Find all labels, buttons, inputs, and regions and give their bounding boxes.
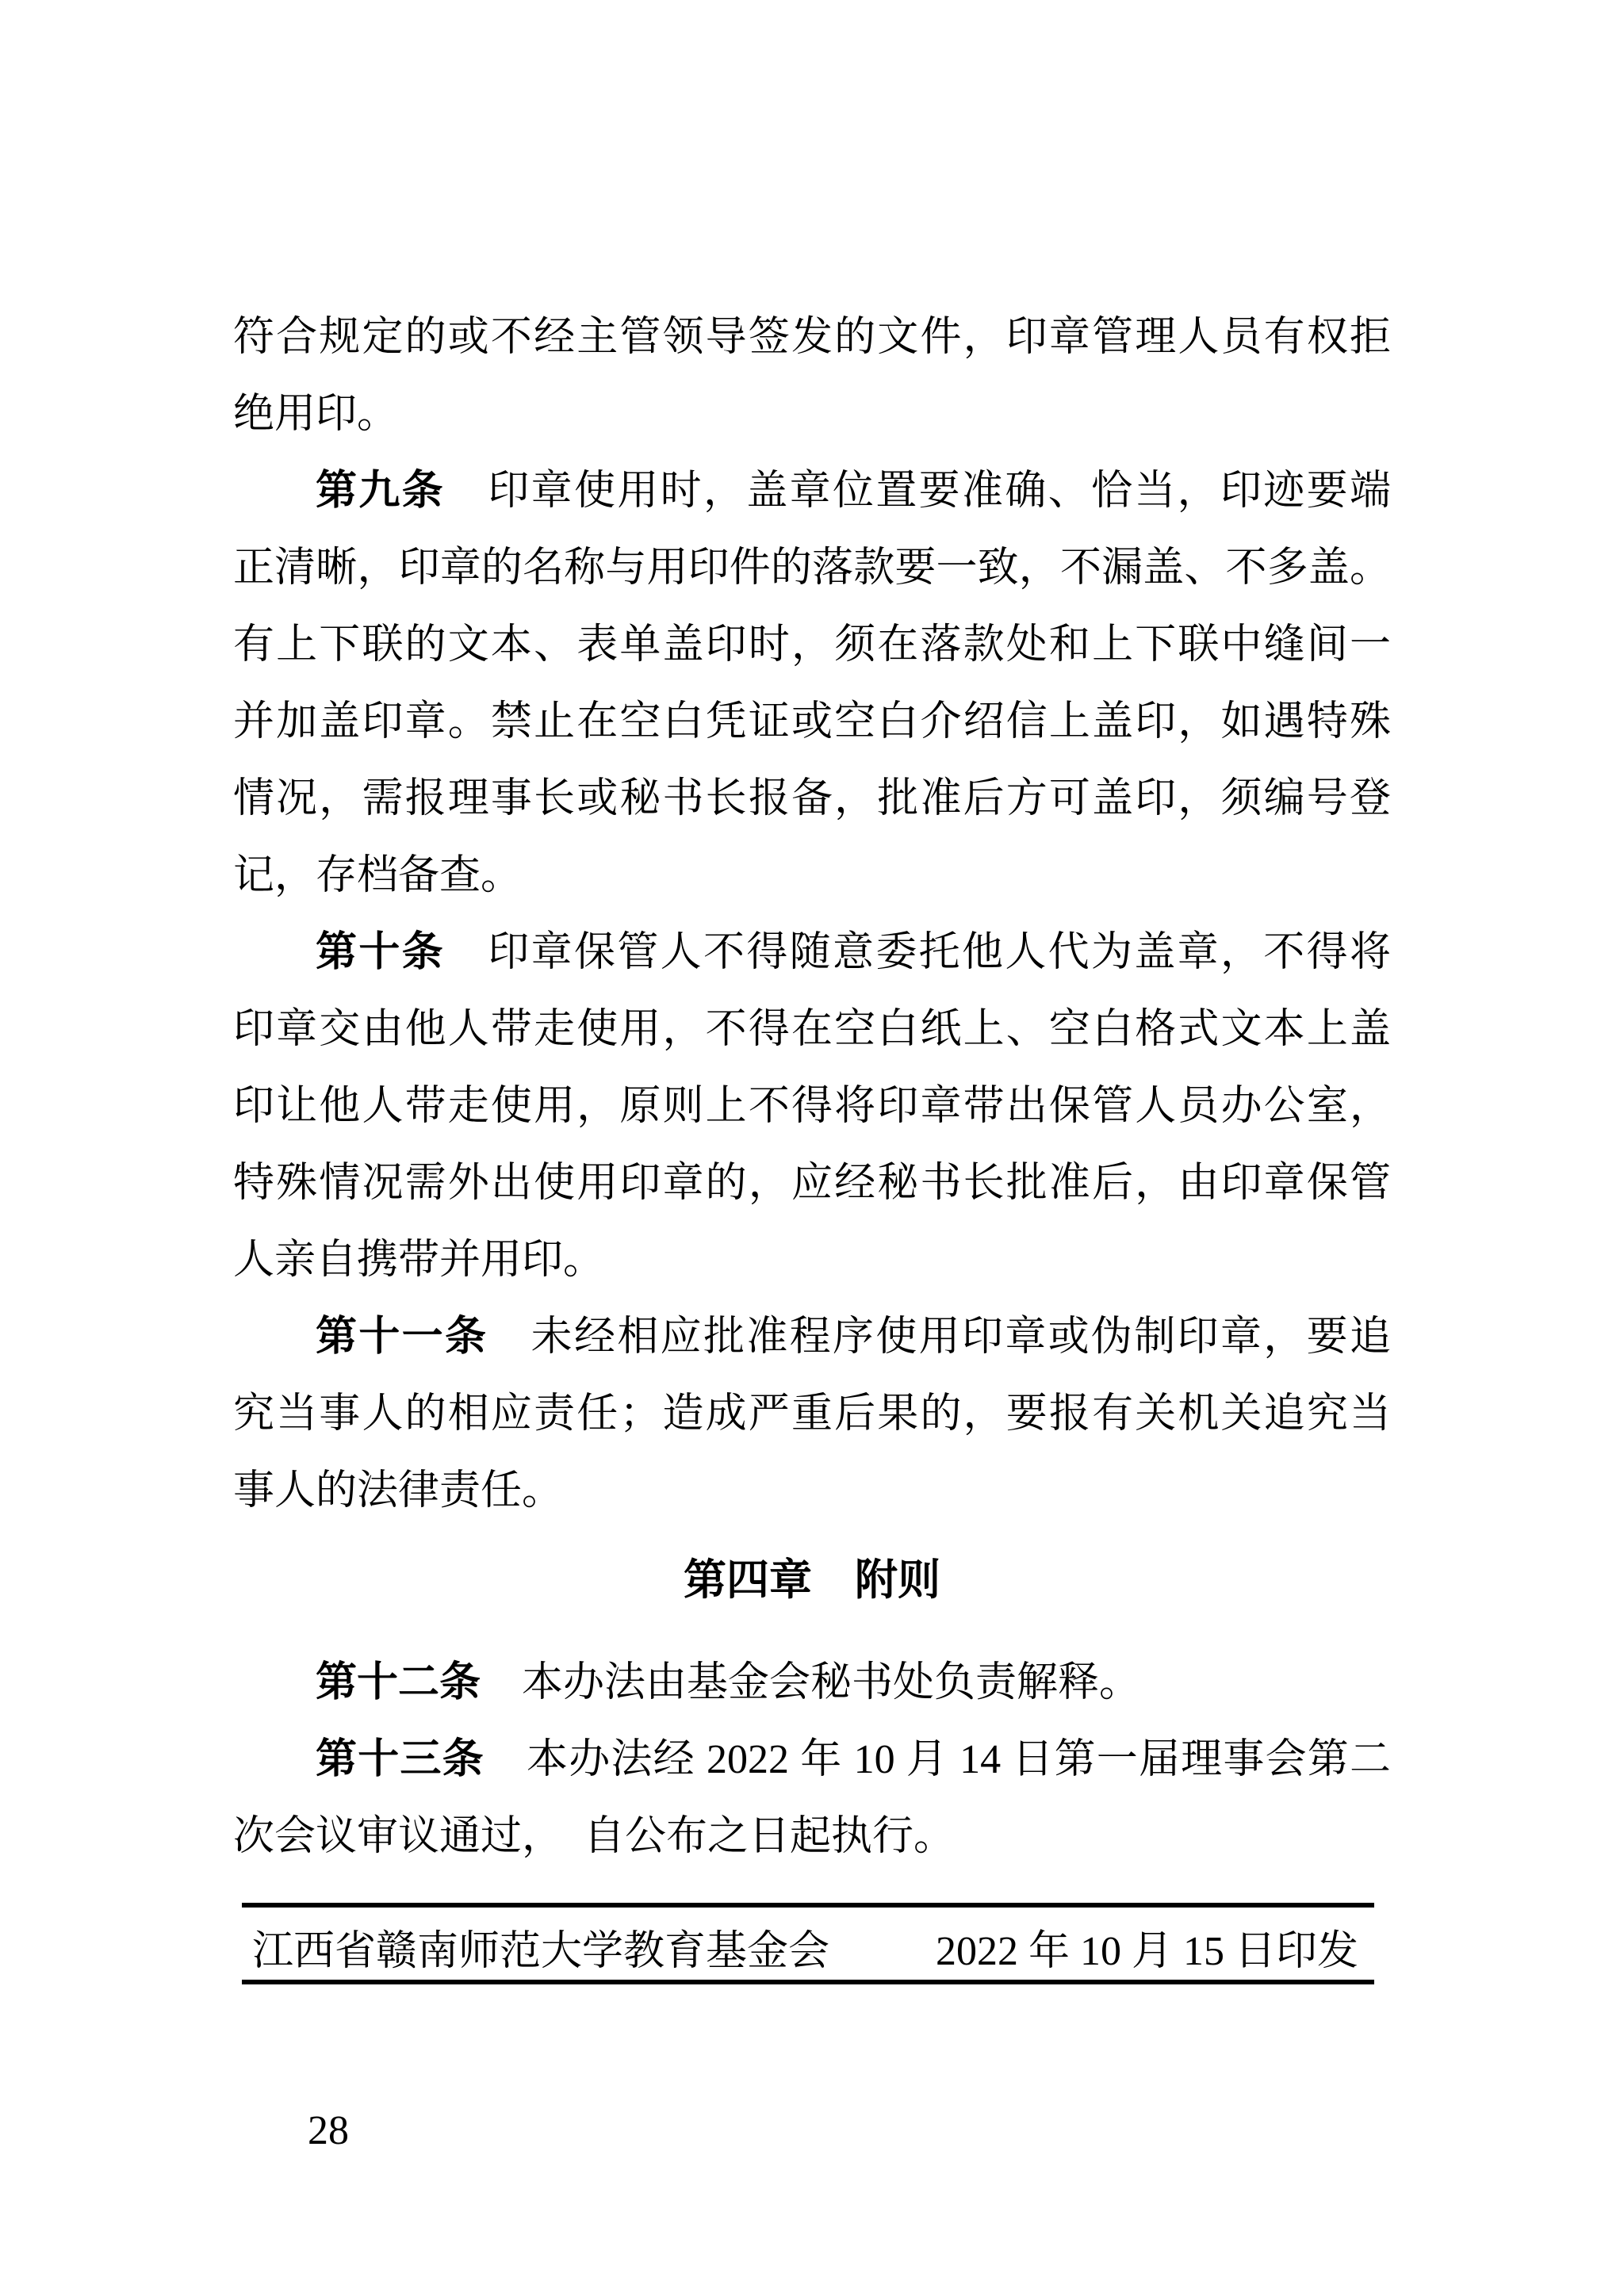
body-line: 情况，需报理事长或秘书长报备，批准后方可盖印，须编号登 bbox=[233, 760, 1391, 837]
body-line: 究当事人的相应责任；造成严重后果的，要报有关机关追究当 bbox=[233, 1376, 1391, 1452]
body-line-text: 印章使用时，盖章位置要准确、恰当，印迹要端 bbox=[445, 469, 1391, 514]
body-line-text: 并加盖印章。禁止在空白凭证或空白介绍信上盖印，如遇特殊 bbox=[233, 699, 1391, 744]
body-line-text: 事人的法律责任。 bbox=[233, 1468, 563, 1513]
body-line: 印让他人带走使用，原则上不得将印章带出保管人员办公室， bbox=[233, 1068, 1391, 1145]
body-line: 有上下联的文本、表单盖印时，须在落款处和上下联中缝间一 bbox=[233, 607, 1391, 683]
body-line-text: 正清晰，印章的名称与用印件的落款要一致，不漏盖、不多盖。 bbox=[233, 545, 1391, 591]
body-line-text: 印让他人带走使用，原则上不得将印章带出保管人员办公室， bbox=[233, 1084, 1391, 1129]
body-line: 特殊情况需外出使用印章的，应经秘书长批准后，由印章保管 bbox=[233, 1145, 1391, 1222]
closing-block: 第十二条 本办法由基金会秘书处负责解释。 第十三条 本办法经 2022 年 10… bbox=[233, 1644, 1391, 1875]
body-line: 第九条 印章使用时，盖章位置要准确、恰当，印迹要端 bbox=[233, 453, 1391, 530]
footer-print-date: 2022 年 10 月 15 日印发 bbox=[936, 1917, 1358, 1976]
body-line-text: 本办法由基金会秘书处负责解释。 bbox=[481, 1660, 1140, 1705]
footer-issuer: 江西省赣南师范大学教育基金会 bbox=[252, 1917, 829, 1976]
footer-row: 江西省赣南师范大学教育基金会 2022 年 10 月 15 日印发 bbox=[242, 1908, 1374, 1980]
body-line: 正清晰，印章的名称与用印件的落款要一致，不漏盖、不多盖。 bbox=[233, 530, 1391, 607]
article-number-label: 第十条 bbox=[316, 929, 445, 975]
body-line: 绝用印。 bbox=[233, 376, 1391, 453]
article-number-label: 第十三条 bbox=[316, 1736, 485, 1782]
footer-bottom-rule bbox=[242, 1980, 1374, 1984]
body-line-text: 人亲自携带并用印。 bbox=[233, 1238, 604, 1283]
body-line: 次会议审议通过， 自公布之日起执行。 bbox=[233, 1798, 1391, 1875]
body-line: 第十一条 未经相应批准程序使用印章或伪制印章，要追 bbox=[233, 1299, 1391, 1376]
body-line-text: 未经相应批准程序使用印章或伪制印章，要追 bbox=[488, 1314, 1391, 1360]
body-line-text: 情况，需报理事长或秘书长报备，批准后方可盖印，须编号登 bbox=[233, 776, 1391, 821]
document-page: 符合规定的或不经主管领导签发的文件，印章管理人员有权拒 绝用印。 第九条 印章使… bbox=[0, 0, 1624, 2296]
body-line-text: 印章保管人不得随意委托他人代为盖章，不得将 bbox=[445, 930, 1391, 975]
body-line-text: 本办法经 2022 年 10 月 14 日第一届理事会第二 bbox=[485, 1737, 1391, 1782]
page-number: 28 bbox=[308, 2103, 349, 2160]
body-line-text: 记，存档备查。 bbox=[233, 853, 522, 898]
chapter-heading: 第四章 附则 bbox=[233, 1542, 1391, 1619]
article-number-label: 第十二条 bbox=[316, 1659, 481, 1705]
body-line-text: 印章交由他人带走使用，不得在空白纸上、空白格式文本上盖 bbox=[233, 1007, 1391, 1052]
body-line-text: 绝用印。 bbox=[233, 392, 398, 437]
body-line: 印章交由他人带走使用，不得在空白纸上、空白格式文本上盖 bbox=[233, 991, 1391, 1068]
body-line: 人亲自携带并用印。 bbox=[233, 1222, 1391, 1299]
body-line-text: 究当事人的相应责任；造成严重后果的，要报有关机关追究当 bbox=[233, 1391, 1391, 1437]
body-line: 符合规定的或不经主管领导签发的文件，印章管理人员有权拒 bbox=[233, 299, 1391, 376]
document-body: 符合规定的或不经主管领导签发的文件，印章管理人员有权拒 绝用印。 第九条 印章使… bbox=[233, 299, 1391, 1875]
body-line: 并加盖印章。禁止在空白凭证或空白介绍信上盖印，如遇特殊 bbox=[233, 683, 1391, 760]
body-line: 第十二条 本办法由基金会秘书处负责解释。 bbox=[233, 1644, 1391, 1721]
body-line-text: 特殊情况需外出使用印章的，应经秘书长批准后，由印章保管 bbox=[233, 1161, 1391, 1206]
body-line: 第十三条 本办法经 2022 年 10 月 14 日第一届理事会第二 bbox=[233, 1721, 1391, 1798]
body-line-text: 符合规定的或不经主管领导签发的文件，印章管理人员有权拒 bbox=[233, 315, 1391, 360]
article-number-label: 第十一条 bbox=[316, 1314, 488, 1360]
body-line-text: 有上下联的文本、表单盖印时，须在落款处和上下联中缝间一 bbox=[233, 622, 1391, 668]
body-line: 记，存档备查。 bbox=[233, 837, 1391, 914]
article-number-label: 第九条 bbox=[316, 468, 445, 514]
document-footer: 江西省赣南师范大学教育基金会 2022 年 10 月 15 日印发 bbox=[242, 1903, 1374, 1984]
body-line: 第十条 印章保管人不得随意委托他人代为盖章，不得将 bbox=[233, 914, 1391, 991]
body-line: 事人的法律责任。 bbox=[233, 1452, 1391, 1529]
body-line-text: 次会议审议通过， 自公布之日起执行。 bbox=[233, 1814, 955, 1859]
